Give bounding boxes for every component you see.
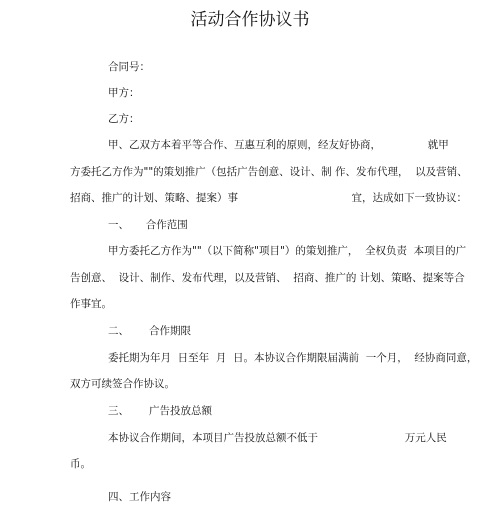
term-line-1: 委托期为年月 日至年 月 日。本协议合作期限届满前 一个月， 经协商同意， bbox=[108, 351, 477, 365]
contract-number-label: 合同号： bbox=[108, 60, 150, 74]
section-heading-work-content: 四、工作内容 bbox=[108, 490, 171, 504]
scope-line-1: 甲方委托乙方作为""（以下简称"项目"）的策划推广， 全权负责 本项目的广 bbox=[108, 244, 466, 258]
document-title: 活动合作协议书 bbox=[0, 9, 500, 31]
ad-total-line-1: 本协议合作期间，本项目广告投放总额不低于 万元人民 bbox=[108, 431, 447, 445]
scope-line-2: 告创意、 设计、制作、发布代理，以及营销、 招商、推广的 计划、策略、提案等合 bbox=[70, 271, 465, 285]
section-heading-ad-total: 三、 广告投放总额 bbox=[108, 404, 212, 418]
scope-line-3: 作事宜。 bbox=[70, 297, 112, 311]
intro-line-2: 方委托乙方作为""的策划推广（包括广告创意、设计、制 作、发布代理， 以及营销、 bbox=[70, 165, 468, 179]
intro-line-1: 甲、乙双方本着平等合作、互惠互利的原则，经友好协商， 就甲 bbox=[108, 138, 449, 152]
ad-total-line-2: 币。 bbox=[70, 457, 91, 471]
party-b-label: 乙方： bbox=[108, 112, 140, 126]
party-a-label: 甲方： bbox=[108, 86, 140, 100]
section-heading-term: 二、 合作期限 bbox=[108, 324, 191, 338]
section-heading-scope: 一、 合作范围 bbox=[108, 218, 188, 232]
intro-line-3: 招商、推广的计划、策略、提案）事 宜，达成如下一致协议： bbox=[70, 191, 467, 205]
term-line-2: 双方可续签合作协议。 bbox=[70, 377, 175, 391]
